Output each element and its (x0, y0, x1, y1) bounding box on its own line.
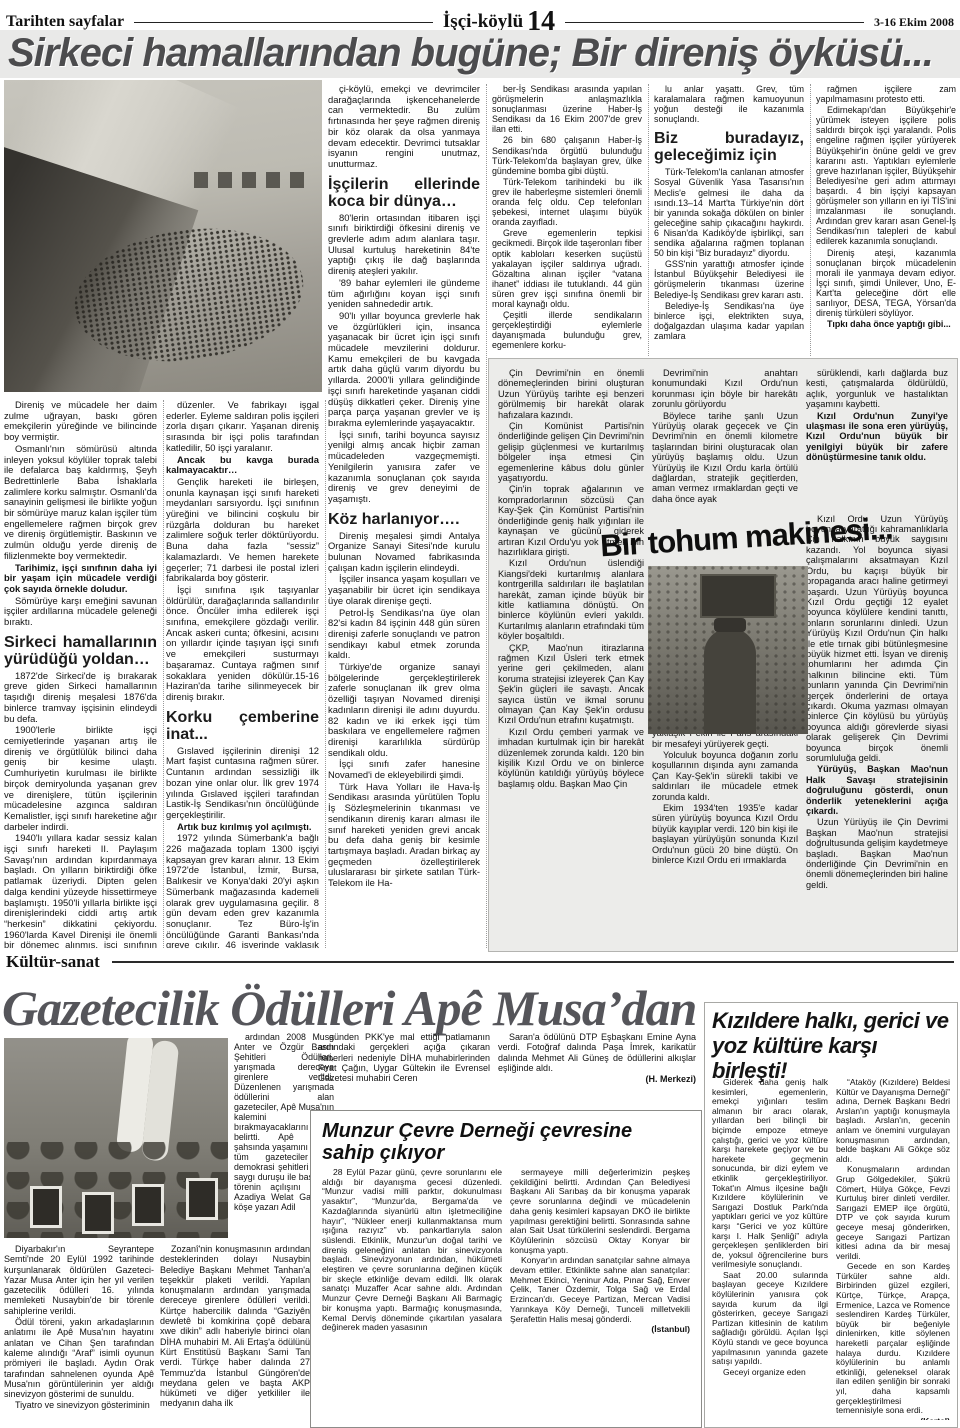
byline-signature: (H. Merkezi) (498, 1074, 696, 1084)
byline-signature: (Kartal) (836, 1417, 950, 1420)
kizildere-column-right: “Ataköy (Kızıldere) Beldesi Kültür ve Da… (836, 1078, 950, 1420)
paragraph: Greve egemenlerin tepkisi gecikmedi. Bir… (492, 228, 642, 309)
paragraph: Çin Devrimi'nin en önemli dönemeçlerinde… (498, 368, 644, 420)
paragraph: Böylece tarihe şanlı Uzun Yürüyüş olarak… (652, 411, 798, 505)
culture-section-rule (112, 961, 954, 963)
subheading: Köz harlanıyor…. (328, 511, 480, 528)
paragraph: Kızıl Ordu'nun Zunyi'ye ulaşması ile son… (806, 411, 948, 463)
masthead-rule-right (565, 22, 864, 23)
paragraph: sürüklendi, karlı dağlarda buz kesti, ça… (806, 368, 948, 410)
subheading: Korku çemberine inat... (166, 709, 319, 743)
article-column-5: lu anlar yaşattı. Grev, tüm karalamalara… (654, 84, 811, 356)
trucks-shape (194, 172, 304, 188)
article-column-4: ber-İş Sendikası arasında yapılan görüşm… (492, 84, 649, 356)
paragraph: Saat 20.00 sularında başlayan geceye Kız… (712, 1271, 828, 1367)
munzur-column-left: 28 Eylül Pazar günü, çevre sorunlarını e… (322, 1168, 502, 1418)
portrait-frame (82, 1192, 114, 1234)
paragraph: Ancak bu kavga burada kalmayacaktır… (166, 455, 319, 476)
paragraph: Kızıl Ordu Uzun Yürüyüş boyunca yarattığ… (806, 514, 948, 764)
paragraph: Çeşitli illerde sendikaların gerçekleşti… (492, 310, 642, 350)
paragraph: 1872'de Sirkeci'de iş bırakarak greve gi… (4, 671, 157, 725)
subheading: Sirkeci hamallarının yürüdüğü yoldan… (4, 634, 157, 668)
paragraph: Çin Komünist Partisi'nin önderliğinde ge… (498, 421, 644, 483)
article-column-1: Direniş ve mücadele her daim zulme uğray… (4, 400, 164, 948)
kizildere-column-left: Giderek daha geniş halk kesimleri, egeme… (712, 1078, 828, 1420)
paragraph: Artık buz kırılmış yol açılmıştı. (166, 822, 319, 833)
paragraph: Kızıl Ordu'nun üslendiği Kiangsi'deki ku… (498, 558, 644, 641)
culture-column-2-bottom: Zozanî'nin konuşmasının ardından destekl… (160, 1244, 310, 1426)
paragraph: 80'lerin ortasından itibaren işçi sınıfı… (328, 213, 480, 277)
paragraph: Osmanlı'nın sömürüsü altında inleyen yok… (4, 444, 157, 562)
paragraph: Konyar'ın ardından sanatçılar sahne alma… (510, 1256, 690, 1324)
paragraph: Direniş ateşi, kazanımla sonuçlanan birç… (816, 248, 956, 319)
paragraph: Konuşmaların ardından Grup Gölgedekiler,… (836, 1165, 950, 1261)
paragraph: Türk-Telekom tarihindeki bu ilk grev ile… (492, 177, 642, 227)
paragraph: Direniş meşalesi şimdi Antalya Organize … (328, 531, 480, 574)
munzur-column-right: sermayeye milli değerlerimizin peşkeş çe… (510, 1168, 690, 1418)
paragraph: “Ataköy (Kızıldere) Beldesi Kültür ve Da… (836, 1078, 950, 1164)
paragraph: Gıslaved işçilerinin direnişi 12 Mart fa… (166, 746, 319, 821)
paragraph: İşçi sınıfına ışık taşıyanlar öldürülür,… (166, 585, 319, 703)
paragraph: lu anlar yaşattı. Grev, tüm karalamalara… (654, 84, 804, 124)
paragraph: İşçi sınıfı zafer hanesine Novamed'i de … (328, 759, 480, 780)
paragraph: Türkiye'de organize sanayi bölgelerinde … (328, 662, 480, 758)
byline-signature: (İstanbul) (510, 1325, 690, 1335)
paragraph: sermayeye milli değerlerimizin peşkeş çe… (510, 1168, 690, 1255)
soldier-cap-shape (714, 618, 746, 632)
paragraph: Direniş ve mücadele her daim zulme uğray… (4, 400, 157, 443)
paragraph: İşçiler insanca yaşam koşulları ve yaşan… (328, 574, 480, 606)
paragraph: Devrimi'nin anahtarı konumundaki Kızıl O… (652, 368, 798, 410)
feature-column-c-top: sürüklendi, karlı dağlarda buz kesti, ça… (806, 368, 948, 463)
paragraph: Belediye-İş Sendikası'na üye binlerce iş… (654, 301, 804, 341)
portrait-frame (132, 1184, 164, 1226)
paragraph: GSS'nin yarattığı atmosfer içinde İstanb… (654, 259, 804, 299)
culture-column-4: Saran'a ödülünü DTP Eşbaşkanı Emine Ayna… (498, 1032, 696, 1104)
culture-section-bar: Kültür-sanat (6, 952, 954, 972)
article-column-3: çi-köylü, emekçi ve devrimciler darağaçl… (328, 84, 487, 948)
paragraph: 1940'lı yıllara kadar sessiz kalan işçi … (4, 833, 157, 948)
lead-headline: Sirkeci hamallarından bugüne; Bir direni… (8, 31, 952, 75)
kizildere-headline: Kızıldere halkı, gerici ve yoz kültüre k… (712, 1008, 950, 1083)
masthead-rule-left (134, 22, 433, 23)
subheading: Biz buradayız, geleceğimiz için (654, 130, 804, 164)
culture-column-1: Diyarbakır'ın Seyrantepe Semti'nde 20 Ey… (4, 1244, 154, 1426)
paragraph: ÇKP, Mao'nun itirazlarına rağmen Kızıl Ü… (498, 643, 644, 726)
paragraph: Gecede en son Kardeş Türküler sahne aldı… (836, 1262, 950, 1416)
culture-section-label: Kültür-sanat (6, 952, 100, 972)
paragraph: Giderek daha geniş halk kesimleri, egeme… (712, 1078, 828, 1270)
paragraph: Yürüyüş, Başkan Mao'nun Halk Savaşı stra… (806, 764, 948, 816)
red-army-photo (648, 566, 808, 734)
paragraph: çi-köylü, emekçi ve devrimciler darağaçl… (328, 84, 480, 170)
issue-date: 3-16 Ekim 2008 (874, 15, 954, 30)
paragraph: Ödül töreni, yakın arkadaşlarının anlatı… (4, 1317, 154, 1399)
paragraph: 90'lı yıllar boyunca grevlerle hak ve öz… (328, 311, 480, 429)
portrait-frame (30, 1186, 62, 1228)
portrait-frame (186, 1178, 218, 1220)
paragraph: Yolculuk boyunca doğanın zorlu koşulları… (652, 750, 798, 802)
section-title: Tarihten sayfalar (6, 13, 124, 31)
paragraph: İşçi sınıfı, tarihi boyunca sayısız yeni… (328, 430, 480, 505)
feature-column-c: sürüklendi, karlı dağlarda buz kesti, ça… (806, 368, 948, 942)
paragraph: '89 bahar eylemleri ile gündeme tüm ağır… (328, 278, 480, 310)
paragraph: Geceyi organize eden (712, 1368, 828, 1378)
feature-column-a: Çin Devrimi'nin en önemli dönemeçlerinde… (498, 368, 644, 942)
feature-column-c-bottom: Kızıl Ordu Uzun Yürüyüş boyunca yarattığ… (806, 514, 948, 891)
paragraph: Tiyatro ve sinevizyon gösteriminin (4, 1400, 154, 1410)
paragraph: Ekim 1934'ten 1935'e kadar süren yürüyüş… (652, 803, 798, 865)
paragraph: günden PKK'ye mal ettiği patlamanın ardı… (318, 1032, 490, 1083)
paragraph: Edirnekapı'dan Büyükşehir'e yürümek iste… (816, 105, 956, 246)
paragraph: Tarihimiz, işçi sınıfının daha iyi bir y… (4, 563, 157, 595)
paragraph: rağmen işçilere zam yapılmamasını protes… (816, 84, 956, 104)
paragraph: Zozanî'nin konuşmasının ardından destekl… (160, 1244, 310, 1409)
culture-headline: Gazetecilik Ödülleri Apê Musa’dan (2, 982, 694, 1034)
paragraph: Türk-Telekom'la canlanan atmosfer Sosyal… (654, 167, 804, 258)
paragraph: Kızıl Ordu çemberi yarmak ve imhadan kur… (498, 727, 644, 789)
march-photo (4, 80, 322, 392)
monument-shape (116, 1038, 154, 1153)
munzur-headline: Munzur Çevre Derneği çevresine sahip çık… (322, 1120, 682, 1164)
paragraph: düzenler. Ve fabrikayı işgal ederler. Ey… (166, 400, 319, 454)
paragraph: Diyarbakır'ın Seyrantepe Semti'nde 20 Ey… (4, 1244, 154, 1316)
paragraph: 1972 yılında Sümerbank'a bağlı 226 mağaz… (166, 833, 319, 948)
paragraph: Tıpkı daha önce yaptığı gibi... (816, 319, 956, 329)
paragraph: Gençlik hareketi ile birleşen, onunla ka… (166, 477, 319, 584)
paragraph: 28 Eylül Pazar günü, çevre sorunlarını e… (322, 1168, 502, 1333)
paragraph: ber-İş Sendikası arasında yapılan görüşm… (492, 84, 642, 134)
newspaper-page: Tarihten sayfalar İşçi-köylü 14 3-16 Eki… (0, 0, 960, 1428)
banner-shape (700, 574, 776, 618)
article-column-6: rağmen işçilere zam yapılmamasını protes… (816, 84, 956, 356)
paragraph: 1900'lerle birlikte işçi cemiyetlerinde … (4, 725, 157, 832)
paragraph: Saran'a ödülünü DTP Eşbaşkanı Emine Ayna… (498, 1032, 696, 1073)
paragraph: Türk Hava Yolları ile Hava-İş Sendikası … (328, 782, 480, 889)
title-spacer (806, 464, 948, 514)
subheading: İşçilerin ellerinde koca bir dünya… (328, 176, 480, 210)
paragraph: Sömürüye karşı emeğini savunan işçiler a… (4, 596, 157, 628)
paragraph: Uzun Yürüyüş ile Çin Devrimi Başkan Mao'… (806, 817, 948, 890)
paragraph: Petrol-İş Sendikası'na üye olan 82'si ka… (328, 608, 480, 662)
memorial-photo (4, 1038, 228, 1238)
paragraph: 26 bin 680 çalışanın Haber-İş Sendikası'… (492, 135, 642, 175)
soldier-silhouette (704, 628, 756, 734)
feature-column-b-top: Devrimi'nin anahtarı konumundaki Kızıl O… (652, 368, 798, 504)
culture-column-3: günden PKK'ye mal ettiği patlamanın ardı… (318, 1032, 490, 1104)
article-column-2: düzenler. Ve fabrikayı işgal ederler. Ey… (166, 400, 326, 948)
